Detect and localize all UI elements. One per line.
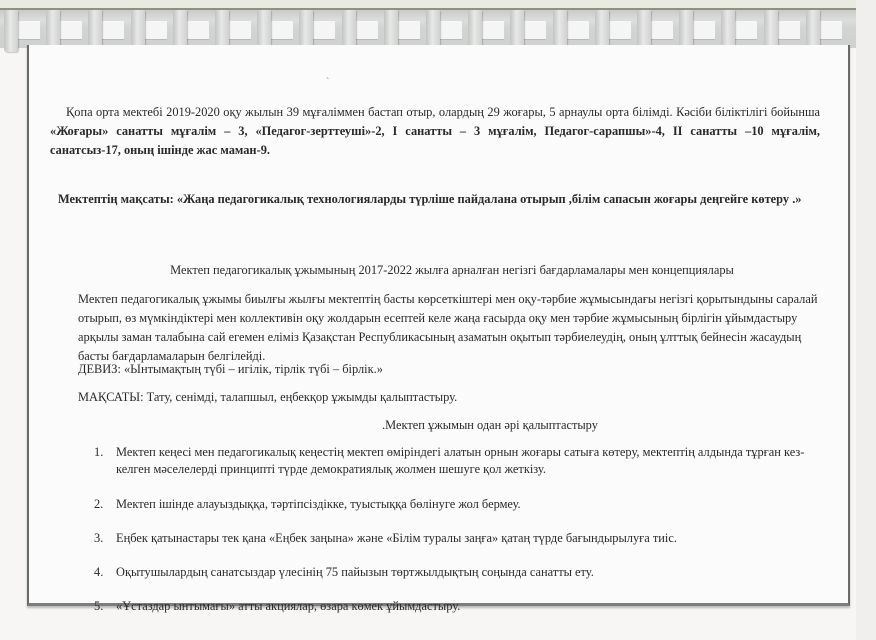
motto: ДЕВИЗ: «Ынтымақтың түбі – игілік, тірлік… [78, 360, 383, 379]
binding-slot [398, 21, 420, 40]
school-goal: Мектептің мақсаты: «Жаңа педагогикалық т… [40, 190, 820, 209]
list-text: Еңбек қатынастары тек қана «Еңбек заңына… [116, 531, 677, 545]
intro-paragraph: Қопа орта мектебі 2019-2020 оқу жылын 39… [50, 103, 820, 160]
binding-slot [567, 21, 589, 40]
tasks-list: 1. Мектеп кеңесі мен педагогикалық кеңес… [94, 444, 824, 632]
list-item: 1. Мектеп кеңесі мен педагогикалық кеңес… [94, 444, 824, 478]
binding-slot [735, 21, 757, 40]
binding-ring [4, 10, 18, 52]
binding-slot [145, 21, 167, 40]
aim: МАҚСАТЫ: Тату, сенімді, талапшыл, еңбекқ… [78, 388, 457, 407]
list-number: 3. [94, 530, 103, 547]
list-item: 4. Оқытушылардың санатсыздар үлесінің 75… [94, 564, 824, 581]
scan-right-edge [856, 0, 876, 640]
spiral-binding [0, 8, 856, 48]
binding-slot [18, 21, 40, 40]
scan-top-edge [0, 0, 876, 8]
binding-slot [651, 21, 673, 40]
binding-slot [609, 21, 631, 40]
binding-slot [187, 21, 209, 40]
list-item: 2. Мектеп ішінде алауыздыққа, тәртіпсізд… [94, 496, 824, 513]
list-number: 4. [94, 564, 103, 581]
binding-slot [229, 21, 251, 40]
binding-slot [524, 21, 546, 40]
body-paragraph: Мектеп педагогикалық ұжымы биылғы жылғы … [78, 290, 826, 366]
programs-heading: Мектеп педагогикалық ұжымының 2017-2022 … [0, 261, 876, 280]
binding-slot [693, 21, 715, 40]
list-text: Мектеп кеңесі мен педагогикалық кеңестің… [116, 445, 804, 476]
scan-mark: ˋ [326, 77, 329, 88]
binding-slot [271, 21, 293, 40]
binding-slot [482, 21, 504, 40]
binding-slot [820, 21, 842, 40]
list-text: Оқытушылардың санатсыздар үлесінің 75 па… [116, 565, 594, 579]
list-number: 1. [94, 444, 103, 461]
list-text: «Ұстаздар ынтымағы» атты акциялар, өзара… [116, 599, 460, 613]
list-text: Мектеп ішінде алауыздыққа, тәртіпсіздікк… [116, 497, 521, 511]
list-item: 3. Еңбек қатынастары тек қана «Еңбек заң… [94, 530, 824, 547]
list-number: 5. [94, 598, 103, 615]
intro-text: Қопа орта мектебі 2019-2020 оқу жылын 39… [66, 105, 820, 119]
intro-bold-text: «Жоғары» санатты мұғалім – 3, «Педагог-з… [50, 124, 820, 157]
list-item: 5. «Ұстаздар ынтымағы» атты акциялар, өз… [94, 598, 824, 615]
binding-slot [356, 21, 378, 40]
sub-heading: .Мектеп ұжымын одан әрі қалыптастыру [0, 416, 876, 435]
binding-slot [313, 21, 335, 40]
binding-slot [778, 21, 800, 40]
binding-slot [440, 21, 462, 40]
list-number: 2. [94, 496, 103, 513]
binding-slot [60, 21, 82, 40]
binding-slot [102, 21, 124, 40]
